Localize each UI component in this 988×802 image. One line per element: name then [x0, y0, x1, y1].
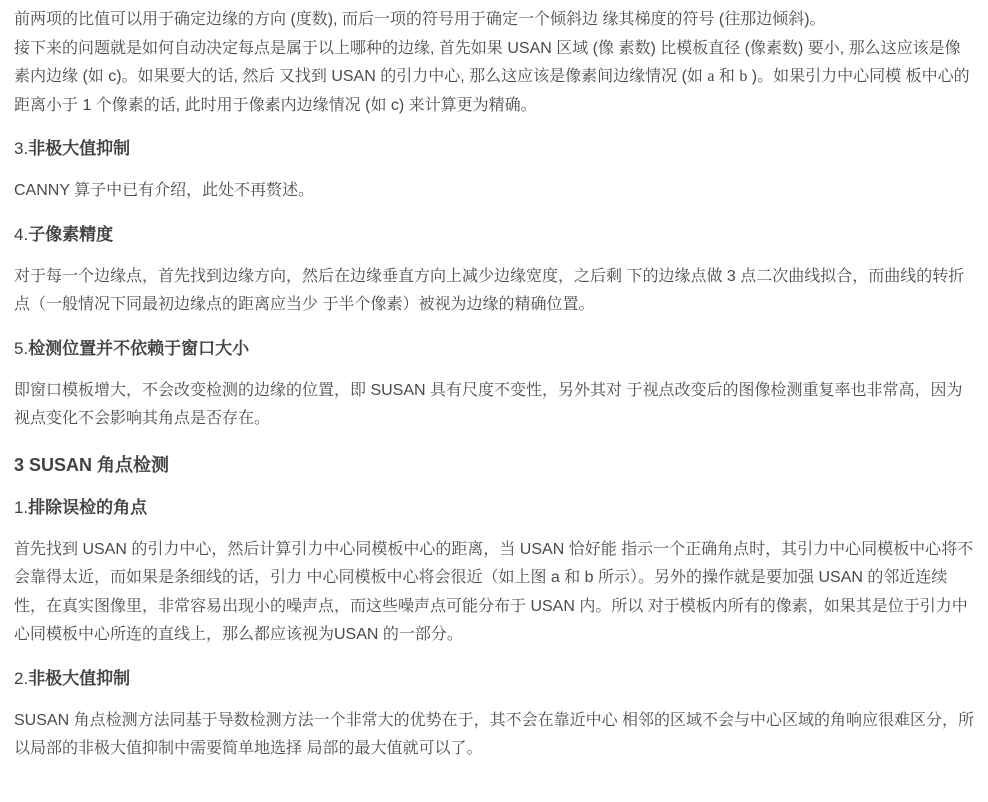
heading-title: 非极大值抑制	[28, 669, 130, 688]
heading-exclude-false-corners: 1.排除误检的角点	[14, 494, 975, 522]
heading-number: 5.	[14, 339, 28, 358]
heading-title: 非极大值抑制	[28, 139, 130, 158]
paragraph-nonmax-suppression-corner: SUSAN 角点检测方法同基于导数检测方法一个非常大的优势在于，其不会在靠近中心…	[14, 707, 975, 764]
heading-number: 1.	[14, 498, 28, 517]
heading-title: 检测位置并不依赖于窗口大小	[28, 339, 249, 358]
paragraph-canny-note: CANNY 算子中已有介绍，此处不再赘述。	[14, 177, 975, 206]
heading-subpixel-accuracy: 4.子像素精度	[14, 221, 975, 249]
article-body: 前两项的比值可以用于确定边缘的方向 (度数), 而后一项的符号用于确定一个倾斜边…	[0, 0, 988, 802]
heading-number: 3.	[14, 139, 28, 158]
heading-number: 2.	[14, 669, 28, 688]
heading-title: 子像素精度	[28, 225, 113, 244]
paragraph-subpixel-accuracy: 对于每一个边缘点，首先找到边缘方向，然后在边缘垂直方向上减少边缘宽度，之后剩 下…	[14, 263, 975, 320]
paragraph-exclude-false-corners: 首先找到 USAN 的引力中心，然后计算引力中心同模板中心的距离，当 USAN …	[14, 536, 975, 650]
heading-title: 排除误检的角点	[28, 498, 147, 517]
heading-number: 4.	[14, 225, 28, 244]
heading-window-independence: 5.检测位置并不依赖于窗口大小	[14, 335, 975, 363]
section-heading-susan-corner-detection: 3 SUSAN 角点检测	[14, 451, 975, 479]
text-segment: 和	[714, 68, 739, 85]
text-segment: 前两项的比值可以用于确定边缘的方向 (度数), 而后一项的符号用于确定一个倾斜边…	[14, 11, 826, 28]
heading-nonmax-suppression-corner: 2.非极大值抑制	[14, 665, 975, 693]
paragraph-edge-direction-intro: 前两项的比值可以用于确定边缘的方向 (度数), 而后一项的符号用于确定一个倾斜边…	[14, 6, 975, 120]
paragraph-window-independence: 即窗口模板增大，不会改变检测的边缘的位置，即 SUSAN 具有尺度不变性，另外其…	[14, 377, 975, 434]
heading-nonmax-suppression-edge: 3.非极大值抑制	[14, 135, 975, 163]
